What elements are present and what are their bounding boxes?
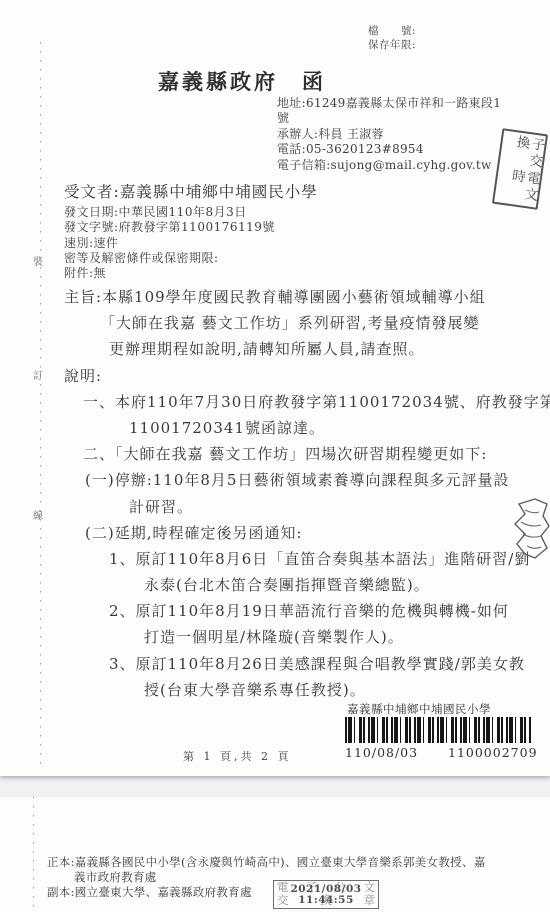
- sub-item-1-cont: 計研習。: [129, 497, 193, 517]
- postpone-item-3: 3、原訂110年8月26日美感課程與合唱教學實踐/郭美女教: [109, 654, 525, 674]
- explanation-item-1-cont: 11001720341號函諒達。: [129, 418, 325, 438]
- subject-line-2: 「大師在我嘉 藝文工作坊」系列研習,考量疫情發展變: [100, 313, 480, 333]
- postpone-item-2-cont: 打造一個明星/林隆璇(音樂製作人)。: [144, 627, 404, 647]
- dispatch-meta-block: 發文日期:中華民國110年8月3日 發文字號:府教發字第1100176119號 …: [64, 205, 275, 281]
- scanned-official-letter: 裝 訂 線 檔 號: 保存年限: 嘉義縣政府 函 地址:61249嘉義縣太保市祥…: [0, 0, 550, 912]
- sender-contact-block: 地址:61249嘉義縣太保市祥和一路東段1 號 承辦人:科員 王淑蓉 電話:05…: [277, 96, 501, 173]
- stamp-column-left: 電文時: [495, 166, 539, 205]
- recipient-line: 受文者:嘉義縣中埔鄉中埔國民小學: [64, 180, 318, 202]
- postpone-item-3-cont: 授(台東大學音樂系專任教授)。: [144, 680, 366, 700]
- explanation-item-1: 一、本府110年7月30日府教發字第1100172034號、府教發字第: [83, 392, 550, 412]
- page-2: 正本:嘉義縣各國民中小學(含永慶與竹崎高中)、國立臺東大學音樂系郭美女教授、嘉 …: [0, 797, 550, 912]
- speed-class: 速別:速件: [64, 236, 275, 251]
- electronic-document-exchange-stamp: 電子公文 交換章 2021/08/03 11:44:55: [273, 880, 379, 909]
- barcode: [345, 717, 531, 743]
- exchange-stamp-date: 2021/08/03: [290, 884, 361, 895]
- postpone-item-1: 1、原訂110年8月6日「直笛合奏與基本語法」進階研習/劉: [109, 549, 530, 569]
- postpone-item-1-cont: 永泰(台北木笛合奏團指揮暨音樂總監)。: [144, 575, 430, 595]
- subject-line-3: 更辦理期程如說明,請轉知所屬人員,請查照。: [109, 339, 425, 359]
- postpone-item-2: 2、原訂110年8月19日華語流行音樂的危機與轉機-如何: [109, 601, 509, 621]
- sender-address-line2: 號: [277, 111, 501, 126]
- attachment: 附件:無: [64, 266, 275, 281]
- file-number-label: 檔 號:: [368, 25, 416, 39]
- barcode-date: 110/08/03: [345, 745, 418, 760]
- binding-mark-xian: 線: [33, 512, 43, 522]
- sender-phone: 電話:05-3620123#8954: [277, 142, 501, 157]
- binding-mark-zhuang: 裝: [33, 258, 43, 268]
- binding-dotted-line: [40, 42, 41, 768]
- copy-distribution-block: 正本:嘉義縣各國民中小學(含永慶與竹崎高中)、國立臺東大學音樂系郭美女教授、嘉 …: [47, 855, 486, 901]
- document-title: 嘉義縣政府 函: [158, 66, 326, 96]
- stamp-column-right: 子交換: [500, 133, 544, 172]
- sender-address-line1: 地址:61249嘉義縣太保市祥和一路東段1: [277, 96, 501, 111]
- electronic-exchange-time-stamp: 子交換 電文時: [492, 128, 548, 210]
- original-copy-line-1: 正本:嘉義縣各國民中小學(含永慶與竹崎高中)、國立臺東大學音樂系郭美女教授、嘉: [47, 855, 486, 870]
- security-class: 密等及解密條件或保密期限:: [64, 251, 275, 266]
- original-copy-line-2: 義市政府教育處: [47, 870, 486, 885]
- subject-line-1: 主旨:本縣109學年度國民教育輔導團國小藝術領域輔導小組: [64, 287, 486, 307]
- page-number: 第 1 頁,共 2 頁: [183, 748, 291, 764]
- binding-mark-ding: 訂: [33, 372, 43, 382]
- dispatch-number: 發文字號:府教發字第1100176119號: [64, 220, 275, 235]
- barcode-number: 1100002709: [448, 745, 538, 760]
- filing-info: 檔 號: 保存年限:: [368, 25, 416, 52]
- partial-seal-mark: [505, 496, 550, 566]
- retention-period-label: 保存年限:: [368, 39, 416, 53]
- explanation-label: 說明:: [64, 366, 102, 386]
- explanation-item-2: 二、「大師在我嘉 藝文工作坊」四場次研習期程變更如下:: [83, 444, 487, 464]
- sub-item-1: (一)停辦:110年8月5日藝術領域素養導向課程與多元評量設: [85, 470, 509, 490]
- exchange-stamp-time: 11:44:55: [298, 895, 354, 906]
- receiving-school-name: 嘉義縣中埔鄉中埔國民小學: [347, 701, 491, 717]
- sender-officer: 承辦人:科員 王淑蓉: [277, 127, 501, 142]
- dispatch-date: 發文日期:中華民國110年8月3日: [64, 205, 275, 220]
- page-1: 裝 訂 線 檔 號: 保存年限: 嘉義縣政府 函 地址:61249嘉義縣太保市祥…: [0, 0, 550, 776]
- sender-email: 電子信箱:sujong@mail.cyhg.gov.tw: [277, 158, 501, 173]
- exchange-stamp-datetime: 2021/08/03 11:44:55: [274, 881, 378, 908]
- duplicate-copy-line: 副本:國立臺東大學、嘉義縣政府教育處: [47, 885, 486, 900]
- sub-item-2: (二)延期,時程確定後另函通知:: [85, 523, 303, 543]
- binding-dotted-line-p2: [33, 797, 34, 912]
